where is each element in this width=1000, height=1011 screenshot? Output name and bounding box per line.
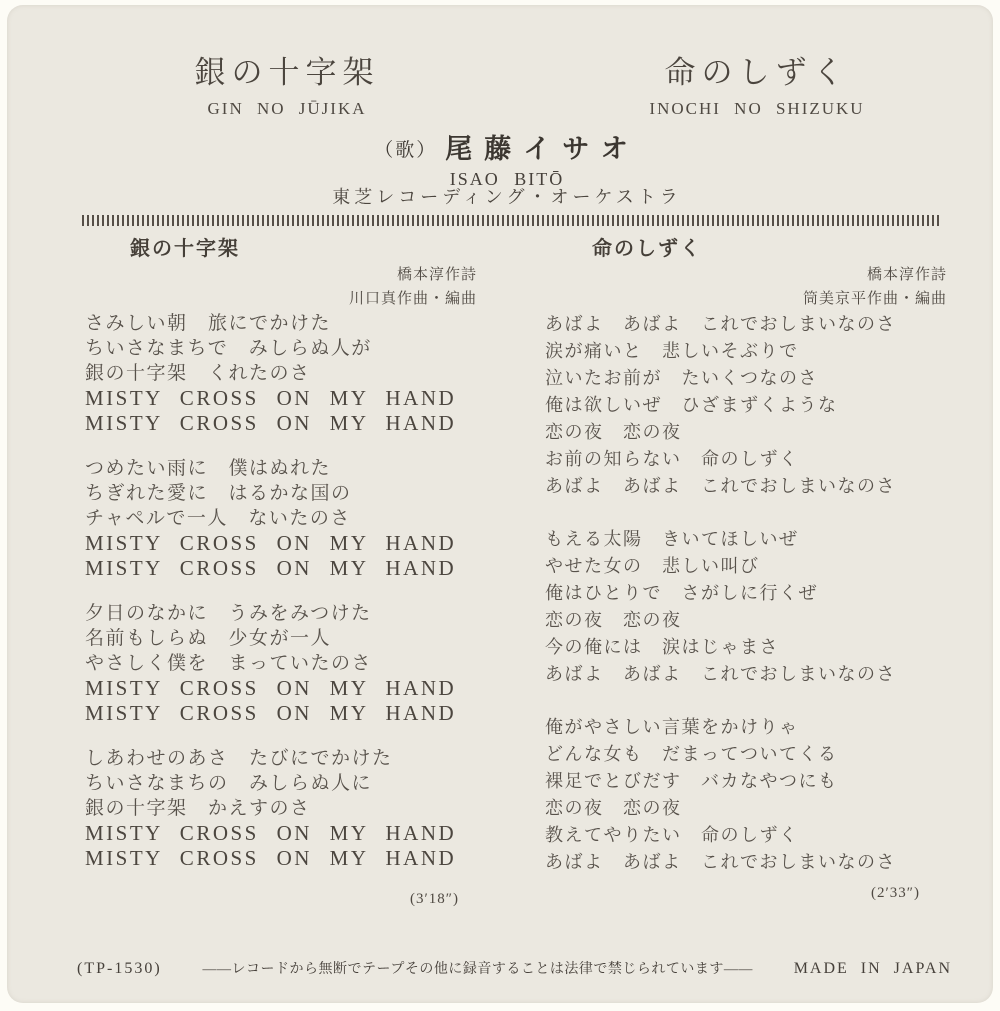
- lyric-line: 名前もしらぬ 少女が一人: [85, 626, 456, 651]
- right-song-lyrics: あばよ あばよ これでおしまいなのさ涙が痛いと 悲しいそぶりで泣いたお前が たい…: [545, 311, 896, 902]
- lyric-verse: 俺がやさしい言葉をかけりゃどんな女も だまってついてくる裸足でとびだす バカなや…: [545, 714, 896, 876]
- lyric-line: 泣いたお前が たいくつなのさ: [545, 365, 896, 392]
- lyric-line: 涙が痛いと 悲しいそぶりで: [545, 338, 896, 365]
- right-song-title-japanese: 命のしずく: [597, 47, 917, 92]
- lyric-line: 俺がやさしい言葉をかけりゃ: [545, 714, 896, 741]
- lyric-line: 教えてやりたい 命のしずく: [545, 822, 896, 849]
- lyric-verse: 夕日のなかに うみをみつけた名前もしらぬ 少女が一人やさしく僕を まっていたのさ…: [85, 601, 456, 726]
- footer: (TP-1530) ――レコードから無断でテープその他に録音することは法律で禁じ…: [77, 958, 952, 978]
- lyric-line: ちいさなまちの みしらぬ人に: [85, 771, 456, 796]
- left-song-title-block: 銀の十字架 GIN NO JŪJIKA: [127, 47, 447, 119]
- striped-divider-band: [82, 215, 940, 226]
- left-song-lyrics: さみしい朝 旅にでかけたちいさなまちで みしらぬ人が銀の十字架 くれたのさMIS…: [85, 311, 456, 891]
- lyric-verse: しあわせのあさ たびにでかけたちいさなまちの みしらぬ人に銀の十字架 かえすのさ…: [85, 746, 456, 871]
- lyric-line: 恋の夜 恋の夜: [545, 419, 896, 446]
- lyric-line: どんな女も だまってついてくる: [545, 741, 896, 768]
- artist-block: （歌）尾藤イサオ ISAO BITŌ: [7, 127, 1000, 190]
- artist-name-japanese: 尾藤イサオ: [445, 134, 639, 164]
- left-lyricist-credit: 橋本淳作詩: [267, 263, 477, 287]
- lyric-line: つめたい雨に 僕はぬれた: [85, 456, 456, 481]
- lyric-line: 恋の夜 恋の夜: [545, 607, 896, 634]
- lyric-line: MISTY CROSS ON MY HAND: [85, 701, 456, 726]
- lyric-line: やせた女の 悲しい叫び: [545, 553, 896, 580]
- lyric-line: MISTY CROSS ON MY HAND: [85, 386, 456, 411]
- lyric-line: あばよ あばよ これでおしまいなのさ: [545, 849, 896, 876]
- lyric-line: 銀の十字架 かえすのさ: [85, 796, 456, 821]
- artist-name-line: （歌）尾藤イサオ: [7, 127, 1000, 166]
- lyric-line: MISTY CROSS ON MY HAND: [85, 531, 456, 556]
- left-song-title-romaji: GIN NO JŪJIKA: [127, 99, 447, 119]
- catalog-number: (TP-1530): [77, 960, 162, 978]
- lyric-line: MISTY CROSS ON MY HAND: [85, 676, 456, 701]
- left-song-credits: 橋本淳作詩 川口真作曲・編曲: [267, 263, 477, 311]
- lyric-line: ちいさなまちで みしらぬ人が: [85, 336, 456, 361]
- right-song-title-romaji: INOCHI NO SHIZUKU: [597, 99, 917, 119]
- lyric-verse: つめたい雨に 僕はぬれたちぎれた愛に はるかな国のチャペルで一人 ないたのさMI…: [85, 456, 456, 581]
- record-sleeve-lyric-sheet: 銀の十字架 GIN NO JŪJIKA 命のしずく INOCHI NO SHIZ…: [7, 5, 993, 1003]
- lyric-line: 裸足でとびだす バカなやつにも: [545, 768, 896, 795]
- left-song-duration: (3′18″): [410, 891, 459, 908]
- lyric-line: MISTY CROSS ON MY HAND: [85, 556, 456, 581]
- copyright-notice: ――レコードから無断でテープその他に録音することは法律で禁じられています――: [203, 958, 753, 978]
- lyric-line: あばよ あばよ これでおしまいなのさ: [545, 473, 896, 500]
- lyric-verse: あばよ あばよ これでおしまいなのさ涙が痛いと 悲しいそぶりで泣いたお前が たい…: [545, 311, 896, 500]
- lyric-line: しあわせのあさ たびにでかけた: [85, 746, 456, 771]
- left-section-header: 銀の十字架: [130, 232, 240, 261]
- lyric-line: 銀の十字架 くれたのさ: [85, 361, 456, 386]
- lyric-line: MISTY CROSS ON MY HAND: [85, 821, 456, 846]
- lyric-line: MISTY CROSS ON MY HAND: [85, 846, 456, 871]
- lyric-line: 夕日のなかに うみをみつけた: [85, 601, 456, 626]
- artist-prefix: （歌）: [374, 140, 437, 161]
- orchestra-credit: 東芝レコーディング・オーケストラ: [7, 183, 1000, 209]
- lyric-verse: もえる太陽 きいてほしいぜやせた女の 悲しい叫び俺はひとりで さがしに行くぜ恋の…: [545, 526, 896, 688]
- lyric-line: やさしく僕を まっていたのさ: [85, 651, 456, 676]
- right-composer-credit: 筒美京平作曲・編曲: [737, 287, 947, 311]
- lyric-line: チャペルで一人 ないたのさ: [85, 506, 456, 531]
- lyric-line: お前の知らない 命のしずく: [545, 446, 896, 473]
- lyric-line: もえる太陽 きいてほしいぜ: [545, 526, 896, 553]
- left-composer-credit: 川口真作曲・編曲: [267, 287, 477, 311]
- lyric-line: ちぎれた愛に はるかな国の: [85, 481, 456, 506]
- lyric-verse: さみしい朝 旅にでかけたちいさなまちで みしらぬ人が銀の十字架 くれたのさMIS…: [85, 311, 456, 436]
- right-song-credits: 橋本淳作詩 筒美京平作曲・編曲: [737, 263, 947, 311]
- lyric-line: MISTY CROSS ON MY HAND: [85, 411, 456, 436]
- right-lyricist-credit: 橋本淳作詩: [737, 263, 947, 287]
- left-song-title-japanese: 銀の十字架: [127, 47, 447, 92]
- lyric-line: 恋の夜 恋の夜: [545, 795, 896, 822]
- lyric-line: あばよ あばよ これでおしまいなのさ: [545, 311, 896, 338]
- lyric-line: 俺は欲しいぜ ひざまずくような: [545, 392, 896, 419]
- made-in-japan-label: MADE IN JAPAN: [794, 960, 952, 978]
- lyric-line: 俺はひとりで さがしに行くぜ: [545, 580, 896, 607]
- right-section-header: 命のしずく: [592, 232, 702, 261]
- right-song-duration: (2′33″): [871, 885, 920, 902]
- lyric-line: さみしい朝 旅にでかけた: [85, 311, 456, 336]
- lyric-line: あばよ あばよ これでおしまいなのさ: [545, 661, 896, 688]
- lyric-line: 今の俺には 涙はじゃまさ: [545, 634, 896, 661]
- right-song-title-block: 命のしずく INOCHI NO SHIZUKU: [597, 47, 917, 119]
